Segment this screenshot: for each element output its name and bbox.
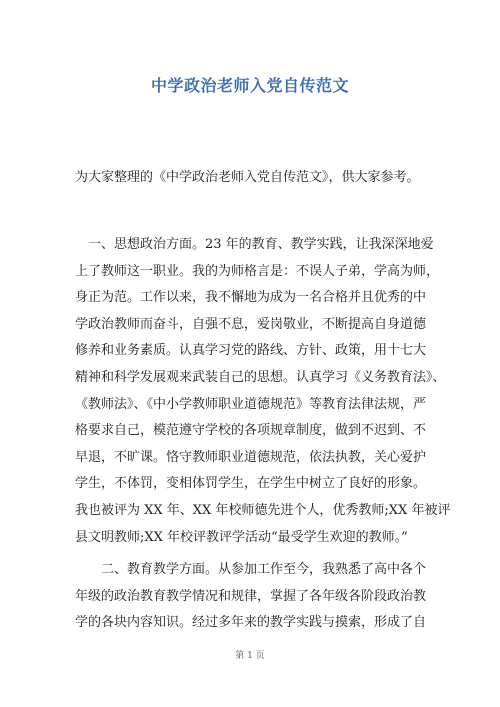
text-line: 学生，不体罚，变相体罚学生，在学生中树立了良好的形象。: [75, 471, 435, 498]
text-line: 身正为范。工作以来，我不懈地为成为一名合格并且优秀的中: [75, 285, 435, 312]
text-line: 精神和科学发展观来武装自己的思想。认真学习《义务教育法》、: [75, 365, 435, 392]
paragraph-teaching: 二、教育教学方面。从参加工作至今，我熟悉了高中各个 年级的政治教育教学情况和规律…: [75, 557, 435, 637]
text-line: 县文明教师;XX 年校评教评学活动“最受学生欢迎的教师。”: [75, 525, 435, 552]
text-line: 上了教师这一职业。我的为师格言是：不误人子弟，学高为师，: [75, 259, 435, 286]
intro-text: 为大家整理的《中学政治老师入党自传范文》，供大家参考。: [75, 168, 420, 188]
text-line: 我也被评为 XX 年、XX 年校师德先进个人，优秀教师;XX 年被评: [75, 498, 435, 525]
document-page: 中学政治老师入党自传范文 为大家整理的《中学政治老师入党自传范文》，供大家参考。…: [0, 0, 500, 707]
page-number: 第 1 页: [0, 648, 500, 661]
text-line: 《教师法》、《中小学教师职业道德规范》等教育法律法规，严: [75, 392, 435, 419]
text-line: 二、教育教学方面。从参加工作至今，我熟悉了高中各个: [75, 557, 435, 584]
text-line: 学的各块内容知识。经过多年来的教学实践与摸索，形成了自: [75, 610, 435, 637]
text-line: 早退，不旷课。恪守教师职业道德规范，依法执教，关心爱护: [75, 445, 435, 472]
text-line: 年级的政治教育教学情况和规律，掌握了各年级各阶段政治教: [75, 584, 435, 611]
text-line: 学政治教师而奋斗，自强不息，爱岗敬业，不断提高自身道德: [75, 312, 435, 339]
text-line: 一、思想政治方面。23 年的教育、教学实践，让我深深地爱: [75, 232, 435, 259]
document-title: 中学政治老师入党自传范文: [0, 73, 500, 96]
paragraph-political-thought: 一、思想政治方面。23 年的教育、教学实践，让我深深地爱 上了教师这一职业。我的…: [75, 232, 435, 551]
text-line: 格要求自己，模范遵守学校的各项规章制度，做到不迟到、不: [75, 418, 435, 445]
text-line: 修养和业务素质。认真学习党的路线、方针、政策，用十七大: [75, 338, 435, 365]
